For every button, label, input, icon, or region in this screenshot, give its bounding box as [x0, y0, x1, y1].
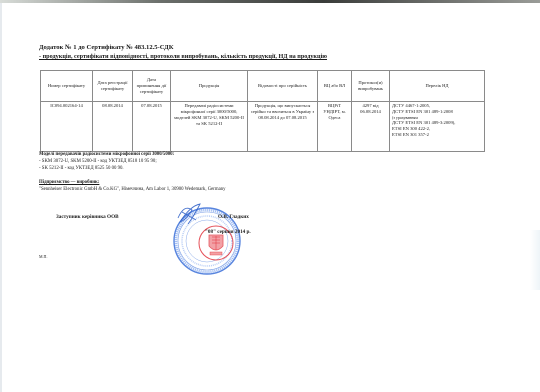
- header-standards: Перелік НД: [390, 71, 485, 102]
- cell-standards: ДСТУ 4467-1:2005, ДСТУ ETSI EN 301 489-1…: [390, 102, 485, 152]
- seal-place-label: М.П.: [39, 254, 47, 259]
- notes-heading: Моделі передавачів радіосистеми мікрофон…: [39, 152, 174, 159]
- certificate-table: Номер сертифікату Дата реєстрації сертиф…: [40, 70, 485, 152]
- signer-name: О.В. Гладких: [218, 214, 249, 220]
- scan-left-edge: [0, 3, 2, 392]
- signature-date: "08" серпня 2014 р.: [205, 229, 251, 235]
- manufacturer-label: Підприємство — виробник:: [39, 179, 226, 186]
- cell-protocol: 4297 від 06.08.2014: [352, 102, 390, 152]
- header-end-date: Дата припинення дії сертифікату: [133, 71, 171, 102]
- scan-right-edge: [530, 230, 540, 290]
- scan-top-edge: [0, 0, 540, 3]
- table-header-row: Номер сертифікату Дата реєстрації сертиф…: [41, 71, 485, 102]
- signer-role: Заступник керівника ООВ: [56, 214, 119, 220]
- table-row: ІС094.002164-14 08.08.2014 07.08.2015 Пе…: [41, 102, 485, 152]
- manufacturer-value: "Sennheiser Electronic GmbH & Co.KG", Ні…: [39, 186, 226, 193]
- cell-product: Передавачі радіосистеми мікрофонної сері…: [171, 102, 248, 152]
- header-lab: ВЦ або ВЛ: [318, 71, 352, 102]
- standard-line: ETSI EN 301 357-2: [392, 132, 482, 138]
- manufacturer-block: Підприємство — виробник: "Sennheiser Ele…: [39, 179, 226, 193]
- cell-serial-info: Продукція, що випускається серійно та вв…: [248, 102, 318, 152]
- header-cert-number: Номер сертифікату: [41, 71, 93, 102]
- notes-item: - SK 5212-II - код УКТЗЕД 8525 50 00 90.: [39, 166, 174, 173]
- document-title: Додаток № 1 до Сертифікату № 483.12.5-СД…: [39, 44, 174, 51]
- cell-lab: ВЦРіТ УНДІРТ, м. Одеса: [318, 102, 352, 152]
- official-stamp-icon: [170, 198, 250, 284]
- models-notes: Моделі передавачів радіосистеми мікрофон…: [39, 152, 174, 173]
- notes-item: - SKM 3072-U, SKM 5200-II - код УКТЗЕД 8…: [39, 159, 174, 166]
- document-subtitle: - продукція, сертифікати відповідності, …: [39, 53, 327, 60]
- header-protocol: Протокол(и) випробувань: [352, 71, 390, 102]
- cell-end-date: 07.08.2015: [133, 102, 171, 152]
- header-reg-date: Дата реєстрації сертифікату: [93, 71, 133, 102]
- header-serial-info: Відомості про серійність: [248, 71, 318, 102]
- cell-reg-date: 08.08.2014: [93, 102, 133, 152]
- header-product: Продукція: [171, 71, 248, 102]
- cell-cert-number: ІС094.002164-14: [41, 102, 93, 152]
